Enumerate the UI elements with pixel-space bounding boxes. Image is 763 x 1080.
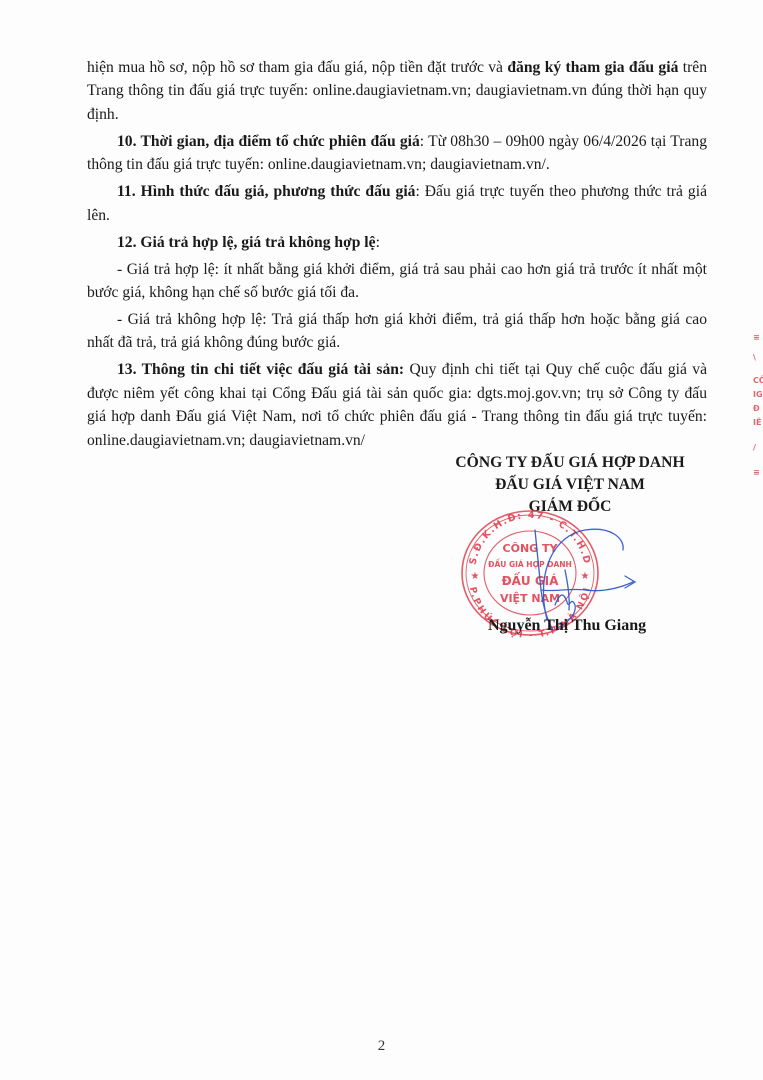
svg-text:CÔ: CÔ [753, 374, 763, 385]
paragraph: - Giá trả không hợp lệ: Trả giá thấp hơn… [87, 308, 707, 355]
svg-text:Đ: Đ [753, 404, 760, 413]
paragraph: 13. Thông tin chi tiết việc đấu giá tài … [87, 358, 707, 452]
text: hiện mua hồ sơ, nộp hồ sơ tham gia đấu g… [87, 59, 507, 76]
paragraph: - Giá trả hợp lệ: ít nhất bằng giá khởi … [87, 258, 707, 305]
paragraph: 10. Thời gian, địa điểm tổ chức phiên đấ… [87, 130, 707, 177]
svg-text:\: \ [753, 353, 756, 362]
bold-text: đăng ký tham gia đấu giá [507, 59, 678, 76]
document-body: hiện mua hồ sơ, nộp hồ sơ tham gia đấu g… [87, 56, 707, 456]
svg-text:IG: IG [753, 390, 763, 399]
document-page: hiện mua hồ sơ, nộp hồ sơ tham gia đấu g… [0, 0, 763, 1080]
bold-text: 13. Thông tin chi tiết việc đấu giá tài … [117, 361, 404, 378]
paragraph: hiện mua hồ sơ, nộp hồ sơ tham gia đấu g… [87, 56, 707, 126]
company-name-line2: ĐẤU GIÁ VIỆT NAM [420, 474, 720, 496]
bold-text: 10. Thời gian, địa điểm tổ chức phiên đấ… [117, 133, 420, 150]
company-name-line1: CÔNG TY ĐẤU GIÁ HỢP DANH [420, 452, 720, 474]
svg-text:≡: ≡ [753, 333, 760, 342]
page-number: 2 [0, 1038, 763, 1055]
text: - Giá trả không hợp lệ: Trả giá thấp hơn… [87, 311, 707, 351]
text: : [376, 234, 380, 251]
text: - Giá trả hợp lệ: ít nhất bằng giá khởi … [87, 261, 707, 301]
svg-text:≡: ≡ [753, 468, 760, 477]
bold-text: 11. Hình thức đấu giá, phương thức đấu g… [117, 183, 415, 200]
signer-name: Nguyễn Thị Thu Giang [488, 617, 646, 635]
paragraph: 11. Hình thức đấu giá, phương thức đấu g… [87, 180, 707, 227]
svg-text:/: / [753, 443, 756, 452]
paragraph: 12. Giá trả hợp lệ, giá trả không hợp lệ… [87, 231, 707, 254]
svg-text:IÊ: IÊ [753, 416, 761, 427]
edge-stamp-fragment-icon: ≡ \ CÔ IG Đ IÊ / ≡ [752, 325, 763, 495]
bold-text: 12. Giá trả hợp lệ, giá trả không hợp lệ [117, 234, 376, 251]
svg-text:★: ★ [471, 571, 480, 582]
